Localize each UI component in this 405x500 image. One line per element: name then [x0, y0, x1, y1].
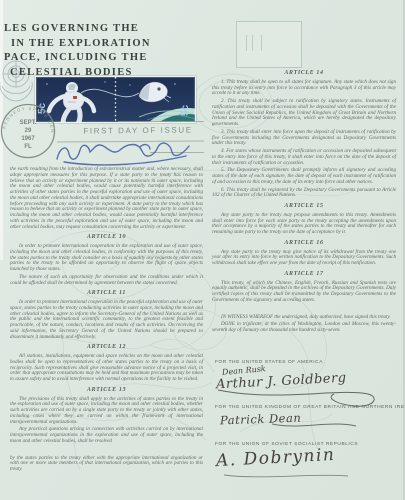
treaty-title: LES GOVERNING THE IN THE EXPLORATION PAC… — [4, 22, 204, 80]
treaty-paragraph: 6. This treaty shall be registered by th… — [212, 188, 396, 200]
signature-patrick-dean: Patrick Dean — [220, 411, 302, 428]
article-heading: ARTICLE 14 — [212, 71, 396, 77]
article-heading: ARTICLE 17 — [212, 272, 396, 278]
postmark-killer-bar — [118, 121, 204, 122]
signature-label-uk: FOR THE UNITED KINGDOM OF GREAT BRITAIN … — [215, 405, 405, 410]
article-heading: ARTICLE 15 — [212, 204, 396, 210]
postmark-day: 29 — [25, 128, 32, 134]
title-line: LES GOVERNING THE — [4, 22, 204, 37]
article-heading: ARTICLE 16 — [212, 241, 396, 247]
first-day-cover-document: LES GOVERNING THE IN THE EXPLORATION PAC… — [0, 0, 405, 500]
signature-label-usa: FOR THE UNITED STATES OF AMERICA — [215, 360, 323, 365]
title-line: IN THE EXPLORATION — [4, 37, 204, 52]
treaty-paragraph: The nature of such an opportunity for ob… — [10, 275, 203, 287]
treaty-paragraph: Any state party to the treaty may give n… — [212, 250, 396, 267]
treaty-paragraph: 2. This treaty shall be subject to ratif… — [212, 99, 396, 128]
treaty-paragraph: In order to promote international cooper… — [10, 300, 203, 340]
postmark-state: FL — [24, 144, 32, 150]
treaty-paragraph: Any state party to the treaty may propos… — [212, 213, 396, 236]
treaty-paragraph: 4. For states whose instruments of ratif… — [212, 149, 396, 166]
postmark-year: 1967 — [21, 136, 35, 142]
treaty-paragraph: All stations, installations, equipment a… — [10, 354, 203, 383]
signature-flourish — [222, 470, 352, 482]
article-heading: ARTICLE 13 — [10, 388, 203, 394]
treaty-paragraph: the earth resulting from the introductio… — [10, 167, 203, 230]
title-line: PACE, INCLUDING THE — [4, 51, 204, 66]
treaty-paragraph: 1. This treaty shall be open to all stat… — [212, 80, 396, 97]
embossed-stamp-box — [236, 21, 302, 68]
treaty-paragraph: The provisions of this treaty shall appl… — [10, 397, 203, 426]
signature-label-ussr: FOR THE UNION OF SOVIET SOCIALIST REPUBL… — [215, 442, 358, 447]
emboss-marks — [246, 35, 262, 51]
left-text-column: the earth resulting from the introductio… — [10, 167, 203, 475]
article-heading: ARTICLE 11 — [10, 291, 203, 297]
treaty-paragraph: In order to promote international cooper… — [10, 244, 203, 273]
stamp-denomination: 5c — [180, 104, 191, 116]
treaty-paragraph: by the states parties to the treaty eith… — [10, 456, 203, 473]
postmark-month: SEPT. — [20, 120, 37, 126]
treaty-paragraph: IN WITNESS WHEREOF the undersigned, duly… — [212, 315, 396, 321]
article-heading: ARTICLE 10 — [10, 235, 203, 241]
treaty-paragraph: 3. This treaty shall enter into force up… — [212, 130, 396, 147]
treaty-paragraph: Any practical questions arising in conne… — [10, 427, 203, 444]
treaty-paragraph: 5. The Depositary Governments shall prom… — [212, 168, 396, 185]
article-heading: ARTICLE 12 — [10, 345, 203, 351]
signature-a-dobrynin: A. Dobrynin — [216, 445, 336, 471]
treaty-paragraph: This treaty, of which the Chinese, Engli… — [212, 281, 396, 304]
right-text-column: ARTICLE 141. This treaty shall be open t… — [212, 66, 396, 336]
treaty-paragraph: DONE in triplicate, at the cities of Was… — [212, 322, 396, 334]
autograph-blue-ink — [52, 135, 202, 169]
